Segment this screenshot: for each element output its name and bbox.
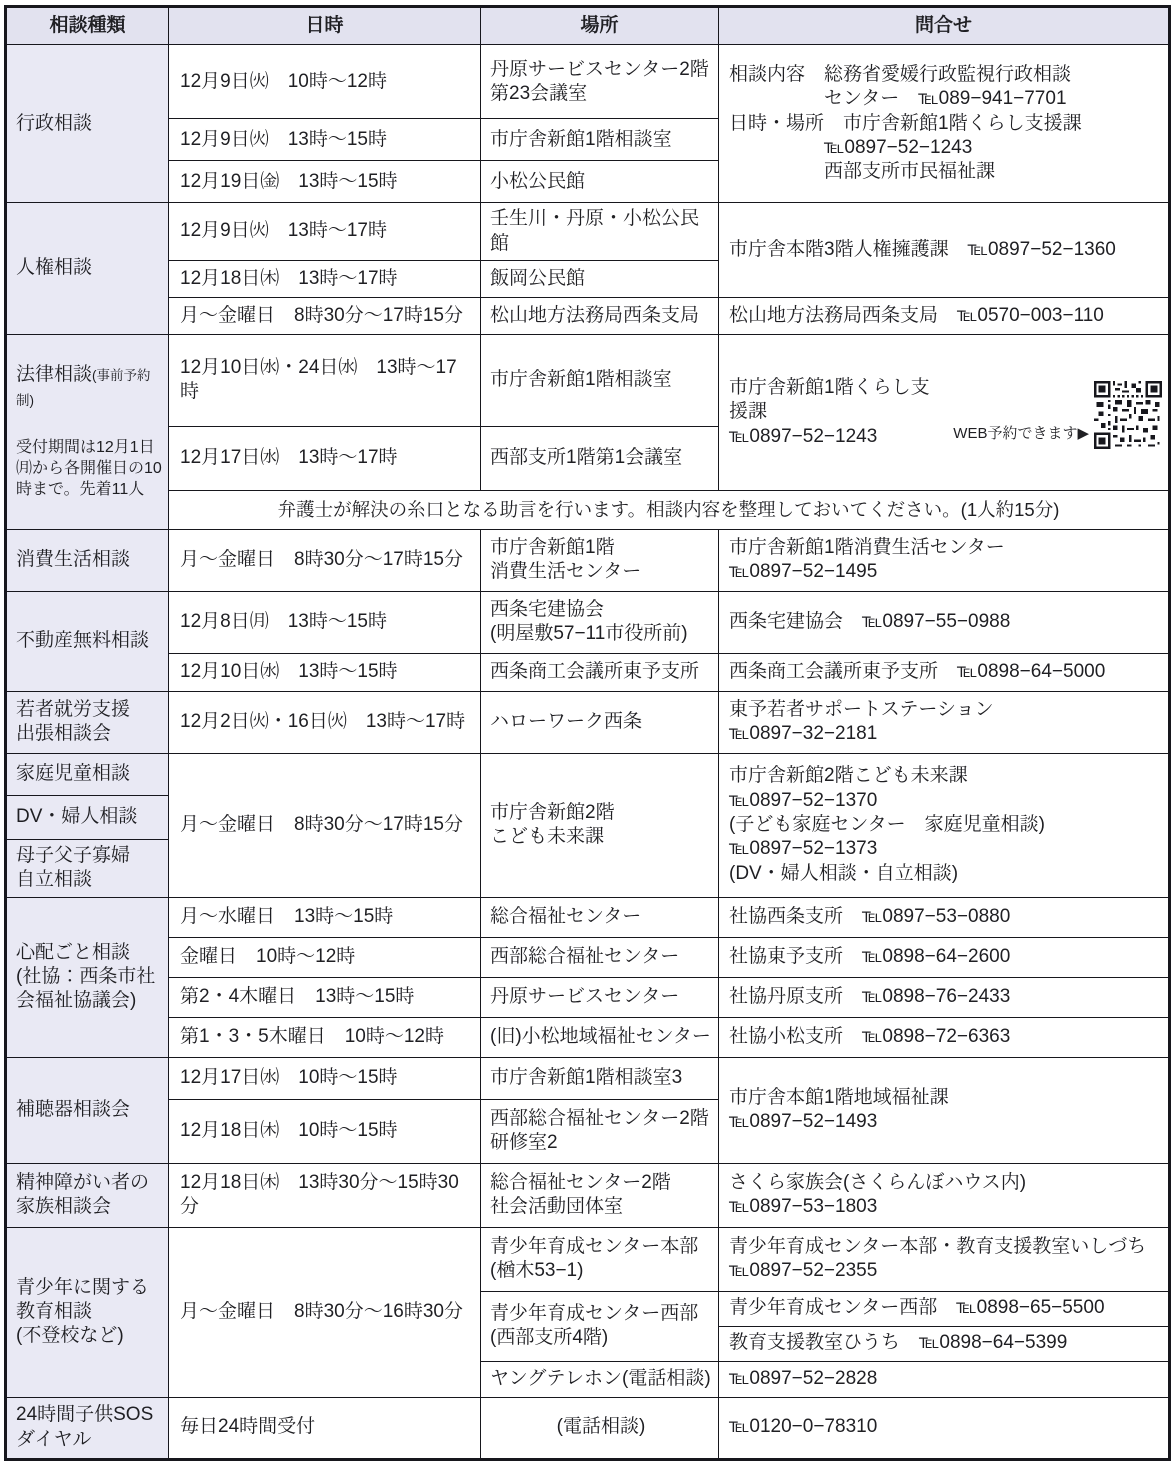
table-row: 人権相談 12月9日㈫ 13時〜17時 壬生川・丹原・小松公民館 市庁舎本階3階… <box>6 203 1170 261</box>
table-row: 月〜金曜日 8時30分〜17時15分 松山地方法務局西条支局 松山地方法務局西条… <box>6 297 1170 334</box>
table-row: 金曜日 10時〜12時 西部総合福祉センター 社協東予支所 ℡0898−64−2… <box>6 937 1170 977</box>
contact-cell: ℡0897−52−2828 <box>719 1361 1170 1397</box>
label-jinken-sodan: 人権相談 <box>6 203 169 335</box>
contact-cell: 社協東予支所 ℡0898−64−2600 <box>719 937 1170 977</box>
label-wakamono-sodan: 若者就労支援 出張相談会 <box>6 691 169 753</box>
table-row: 青少年に関する 教育相談 (不登校など) 月〜金曜日 8時30分〜16時30分 … <box>6 1227 1170 1291</box>
horitsu-title: 法律相談 <box>16 364 92 385</box>
place-cell: 松山地方法務局西条支局 <box>481 297 719 334</box>
consultation-table: 相談種類 日時 場所 問合せ 行政相談 12月9日㈫ 10時〜12時 丹原サービ… <box>4 5 1171 1461</box>
place-cell: 市庁舎新館1階相談室 <box>481 119 719 161</box>
contact-cell: 市庁舎新館1階消費生活センター ℡0897−52−1495 <box>719 529 1170 591</box>
consultation-schedule-page: 相談種類 日時 場所 問合せ 行政相談 12月9日㈫ 10時〜12時 丹原サービ… <box>0 0 1173 1466</box>
label-katei-jido-sodan: 家庭児童相談 <box>6 753 169 795</box>
place-cell: 西部支所1階第1会議室 <box>481 426 719 490</box>
table-row: 補聴器相談会 12月17日㈬ 10時〜15時 市庁舎新館1階相談室3 市庁舎本館… <box>6 1057 1170 1099</box>
contact-cell: 青少年育成センター西部 ℡0898−65−5500 <box>719 1291 1170 1326</box>
contact-cell: 社協西条支所 ℡0897−53−0880 <box>719 897 1170 937</box>
datetime-cell: 12月18日㈭ 13時〜17時 <box>169 260 481 297</box>
contact-cell: 教育支援教室ひうち ℡0898−64−5399 <box>719 1326 1170 1361</box>
label-seishin-kazoku-sodankai: 精神障がい者の 家族相談会 <box>6 1163 169 1227</box>
label-shohi-seikatsu-sodan: 消費生活相談 <box>6 529 169 591</box>
datetime-cell: 12月9日㈫ 10時〜12時 <box>169 45 481 119</box>
place-cell: ハローワーク西条 <box>481 691 719 753</box>
place-cell: (旧)小松地域福祉センター <box>481 1017 719 1057</box>
header-place: 場所 <box>481 7 719 45</box>
place-cell: 西部総合福祉センター2階 研修室2 <box>481 1099 719 1163</box>
place-cell: 壬生川・丹原・小松公民館 <box>481 203 719 261</box>
place-cell: 西部総合福祉センター <box>481 937 719 977</box>
header-contact: 問合せ <box>719 7 1170 45</box>
place-cell: 丹原サービスセンター <box>481 977 719 1017</box>
datetime-cell: 12月10日㈬・24日㈬ 13時〜17時 <box>169 334 481 426</box>
label-sos-dial: 24時間子供SOS ダイヤル <box>6 1397 169 1459</box>
datetime-cell: 12月17日㈬ 13時〜17時 <box>169 426 481 490</box>
table-row: 24時間子供SOS ダイヤル 毎日24時間受付 (電話相談) ℡0120−0−7… <box>6 1397 1170 1459</box>
contact-cell: 松山地方法務局西条支局 ℡0570−003−110 <box>719 297 1170 334</box>
place-cell: (電話相談) <box>481 1397 719 1459</box>
table-row: 若者就労支援 出張相談会 12月2日㈫・16日㈫ 13時〜17時 ハローワーク西… <box>6 691 1170 753</box>
web-reserve-label: WEB予約できます▶ <box>953 424 1089 449</box>
label-dv-fujin-sodan: DV・婦人相談 <box>6 795 169 839</box>
label-shinpaigoto-sodan: 心配ごと相談 (社協：西条市社 会福祉協議会) <box>6 897 169 1057</box>
datetime-cell: 第2・4木曜日 13時〜15時 <box>169 977 481 1017</box>
contact-cell: 市庁舎新館1階くらし支援課 ℡0897−52−1243 WEB予約できます▶ <box>719 334 1170 490</box>
contact-cell: 相談内容 総務省愛媛行政監視行政相談 センター ℡089−941−7701 日時… <box>719 45 1170 203</box>
datetime-cell: 毎日24時間受付 <box>169 1397 481 1459</box>
datetime-cell: 月〜金曜日 8時30分〜16時30分 <box>169 1227 481 1397</box>
label-boshi-fushi-sodan: 母子父子寡婦 自立相談 <box>6 839 169 897</box>
table-row: 心配ごと相談 (社協：西条市社 会福祉協議会) 月〜水曜日 13時〜15時 総合… <box>6 897 1170 937</box>
datetime-cell: 月〜金曜日 8時30分〜17時15分 <box>169 297 481 334</box>
datetime-cell: 12月9日㈫ 13時〜17時 <box>169 203 481 261</box>
label-seishonen-kyoiku-sodan: 青少年に関する 教育相談 (不登校など) <box>6 1227 169 1397</box>
place-cell: ヤングテレホン(電話相談) <box>481 1361 719 1397</box>
place-cell: 青少年育成センター本部 (楢木53−1) <box>481 1227 719 1291</box>
label-hochoki-sodankai: 補聴器相談会 <box>6 1057 169 1163</box>
datetime-cell: 12月18日㈭ 10時〜15時 <box>169 1099 481 1163</box>
table-row: 第2・4木曜日 13時〜15時 丹原サービスセンター 社協丹原支所 ℡0898−… <box>6 977 1170 1017</box>
contact-cell: 西条宅建協会 ℡0897−55−0988 <box>719 591 1170 653</box>
datetime-cell: 12月18日㈭ 13時30分〜15時30分 <box>169 1163 481 1227</box>
contact-cell: 社協丹原支所 ℡0898−76−2433 <box>719 977 1170 1017</box>
table-row: 12月10日㈬ 13時〜15時 西条商工会議所東予支所 西条商工会議所東予支所 … <box>6 653 1170 691</box>
contact-cell: さくら家族会(さくらんぼハウス内) ℡0897−53−1803 <box>719 1163 1170 1227</box>
table-row: 法律相談(事前予約制) 受付期間は12月1日㈪から各開催日の10時まで。先着11… <box>6 334 1170 426</box>
table-row: 第1・3・5木曜日 10時〜12時 (旧)小松地域福祉センター 社協小松支所 ℡… <box>6 1017 1170 1057</box>
label-gyosei-sodan: 行政相談 <box>6 45 169 203</box>
table-row: 精神障がい者の 家族相談会 12月18日㈭ 13時30分〜15時30分 総合福祉… <box>6 1163 1170 1227</box>
place-cell: 西条宅建協会 (明屋敷57−11市役所前) <box>481 591 719 653</box>
qr-code-icon <box>1094 381 1162 449</box>
contact-cell: 西条商工会議所東予支所 ℡0898−64−5000 <box>719 653 1170 691</box>
contact-cell: 市庁舎新館2階こども未来課 ℡0897−52−1370 (子ども家庭センター 家… <box>719 753 1170 897</box>
place-cell: 丹原サービスセンター2階 第23会議室 <box>481 45 719 119</box>
place-cell: 市庁舎新館2階 こども未来課 <box>481 753 719 897</box>
place-cell: 総合福祉センター <box>481 897 719 937</box>
header-type: 相談種類 <box>6 7 169 45</box>
datetime-cell: 12月9日㈫ 13時〜15時 <box>169 119 481 161</box>
datetime-cell: 月〜金曜日 8時30分〜17時15分 <box>169 529 481 591</box>
table-row: 不動産無料相談 12月8日㈪ 13時〜15時 西条宅建協会 (明屋敷57−11市… <box>6 591 1170 653</box>
lawyer-note: 弁護士が解決の糸口となる助言を行います。相談内容を整理しておいてください。(1人… <box>169 490 1170 529</box>
contact-text: 市庁舎新館1階くらし支援課 ℡0897−52−1243 <box>729 376 947 449</box>
datetime-cell: 12月19日㈮ 13時〜15時 <box>169 161 481 203</box>
contact-cell: 市庁舎本階3階人権擁護課 ℡0897−52−1360 <box>719 203 1170 298</box>
table-row: 行政相談 12月9日㈫ 10時〜12時 丹原サービスセンター2階 第23会議室 … <box>6 45 1170 119</box>
table-row: 消費生活相談 月〜金曜日 8時30分〜17時15分 市庁舎新館1階 消費生活セン… <box>6 529 1170 591</box>
place-cell: 飯岡公民館 <box>481 260 719 297</box>
place-cell: 小松公民館 <box>481 161 719 203</box>
contact-cell: ℡0120−0−78310 <box>719 1397 1170 1459</box>
table-row: 弁護士が解決の糸口となる助言を行います。相談内容を整理しておいてください。(1人… <box>6 490 1170 529</box>
place-cell: 西条商工会議所東予支所 <box>481 653 719 691</box>
place-cell: 青少年育成センター西部 (西部支所4階) <box>481 1291 719 1361</box>
place-cell: 総合福祉センター2階 社会活動団体室 <box>481 1163 719 1227</box>
datetime-cell: 12月10日㈬ 13時〜15時 <box>169 653 481 691</box>
datetime-cell: 12月17日㈬ 10時〜15時 <box>169 1057 481 1099</box>
horitsu-note: 受付期間は12月1日㈪から各開催日の10時まで。先着11人 <box>16 438 162 500</box>
datetime-cell: 第1・3・5木曜日 10時〜12時 <box>169 1017 481 1057</box>
place-cell: 市庁舎新館1階 消費生活センター <box>481 529 719 591</box>
label-horitsu-sodan: 法律相談(事前予約制) 受付期間は12月1日㈪から各開催日の10時まで。先着11… <box>6 334 169 529</box>
contact-cell: 青少年育成センター本部・教育支援教室いしづち ℡0897−52−2355 <box>719 1227 1170 1291</box>
datetime-cell: 月〜金曜日 8時30分〜17時15分 <box>169 753 481 897</box>
datetime-cell: 金曜日 10時〜12時 <box>169 937 481 977</box>
table-row: 家庭児童相談 月〜金曜日 8時30分〜17時15分 市庁舎新館2階 こども未来課… <box>6 753 1170 795</box>
contact-cell: 市庁舎本館1階地域福祉課 ℡0897−52−1493 <box>719 1057 1170 1163</box>
datetime-cell: 12月8日㈪ 13時〜15時 <box>169 591 481 653</box>
datetime-cell: 月〜水曜日 13時〜15時 <box>169 897 481 937</box>
place-cell: 市庁舎新館1階相談室 <box>481 334 719 426</box>
contact-cell: 社協小松支所 ℡0898−72−6363 <box>719 1017 1170 1057</box>
place-cell: 市庁舎新館1階相談室3 <box>481 1057 719 1099</box>
header-datetime: 日時 <box>169 7 481 45</box>
header-row: 相談種類 日時 場所 問合せ <box>6 7 1170 45</box>
contact-cell: 東予若者サポートステーション ℡0897−32−2181 <box>719 691 1170 753</box>
datetime-cell: 12月2日㈫・16日㈫ 13時〜17時 <box>169 691 481 753</box>
label-fudosan-sodan: 不動産無料相談 <box>6 591 169 691</box>
